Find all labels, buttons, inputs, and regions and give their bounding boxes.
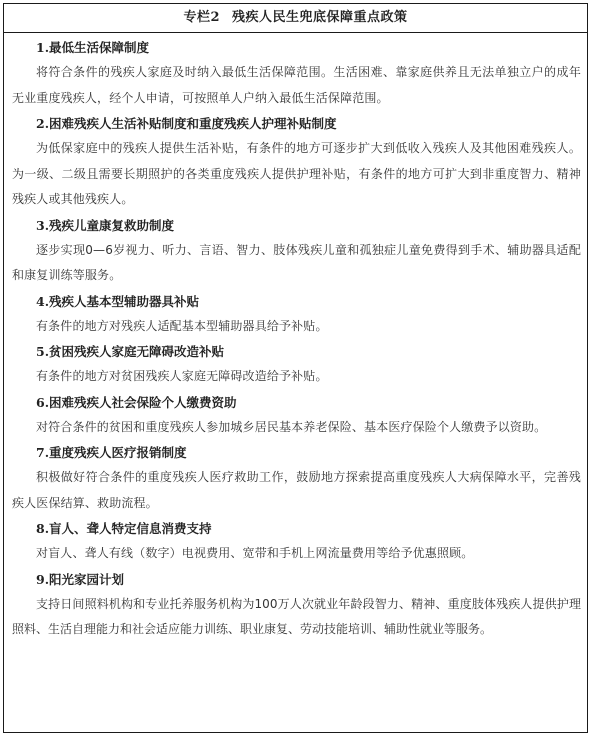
section-title-6: 6.困难残疾人社会保险个人缴费资助 [4, 390, 587, 415]
section-text-5: 有条件的地方对贫困残疾人家庭无障碍改造给予补贴。 [4, 364, 587, 390]
section-title-9: 9.阳光家园计划 [4, 567, 587, 592]
box-body: 1.最低生活保障制度 将符合条件的残疾人家庭及时纳入最低生活保障范围。生活困难、… [4, 33, 587, 643]
section-text-2: 为低保家庭中的残疾人提供生活补贴，有条件的地方可逐步扩大到低收入残疾人及其他困难… [4, 136, 587, 213]
box-header: 专栏2残疾人民生兜底保障重点政策 [4, 4, 587, 33]
section-text-4: 有条件的地方对残疾人适配基本型辅助器具给予补贴。 [4, 314, 587, 340]
section-title-5: 5.贫困残疾人家庭无障碍改造补贴 [4, 339, 587, 364]
section-text-3: 逐步实现0—6岁视力、听力、言语、智力、肢体残疾儿童和孤独症儿童免费得到手术、辅… [4, 238, 587, 289]
box-title: 残疾人民生兜底保障重点政策 [232, 10, 408, 25]
section-title-8: 8.盲人、聋人特定信息消费支持 [4, 516, 587, 541]
column-label: 专栏2 [183, 10, 220, 25]
policy-box: 专栏2残疾人民生兜底保障重点政策 1.最低生活保障制度 将符合条件的残疾人家庭及… [3, 3, 588, 733]
section-title-1: 1.最低生活保障制度 [4, 35, 587, 60]
section-text-1: 将符合条件的残疾人家庭及时纳入最低生活保障范围。生活困难、靠家庭供养且无法单独立… [4, 60, 587, 111]
section-text-7: 积极做好符合条件的重度残疾人医疗救助工作，鼓励地方探索提高重度残疾人大病保障水平… [4, 465, 587, 516]
section-title-4: 4.残疾人基本型辅助器具补贴 [4, 289, 587, 314]
section-title-7: 7.重度残疾人医疗报销制度 [4, 440, 587, 465]
section-text-6: 对符合条件的贫困和重度残疾人参加城乡居民基本养老保险、基本医疗保险个人缴费予以资… [4, 415, 587, 441]
section-text-9: 支持日间照料机构和专业托养服务机构为100万人次就业年龄段智力、精神、重度肢体残… [4, 592, 587, 643]
section-title-3: 3.残疾儿童康复救助制度 [4, 213, 587, 238]
section-title-2: 2.困难残疾人生活补贴制度和重度残疾人护理补贴制度 [4, 111, 587, 136]
section-text-8: 对盲人、聋人有线（数字）电视费用、宽带和手机上网流量费用等给予优惠照顾。 [4, 541, 587, 567]
